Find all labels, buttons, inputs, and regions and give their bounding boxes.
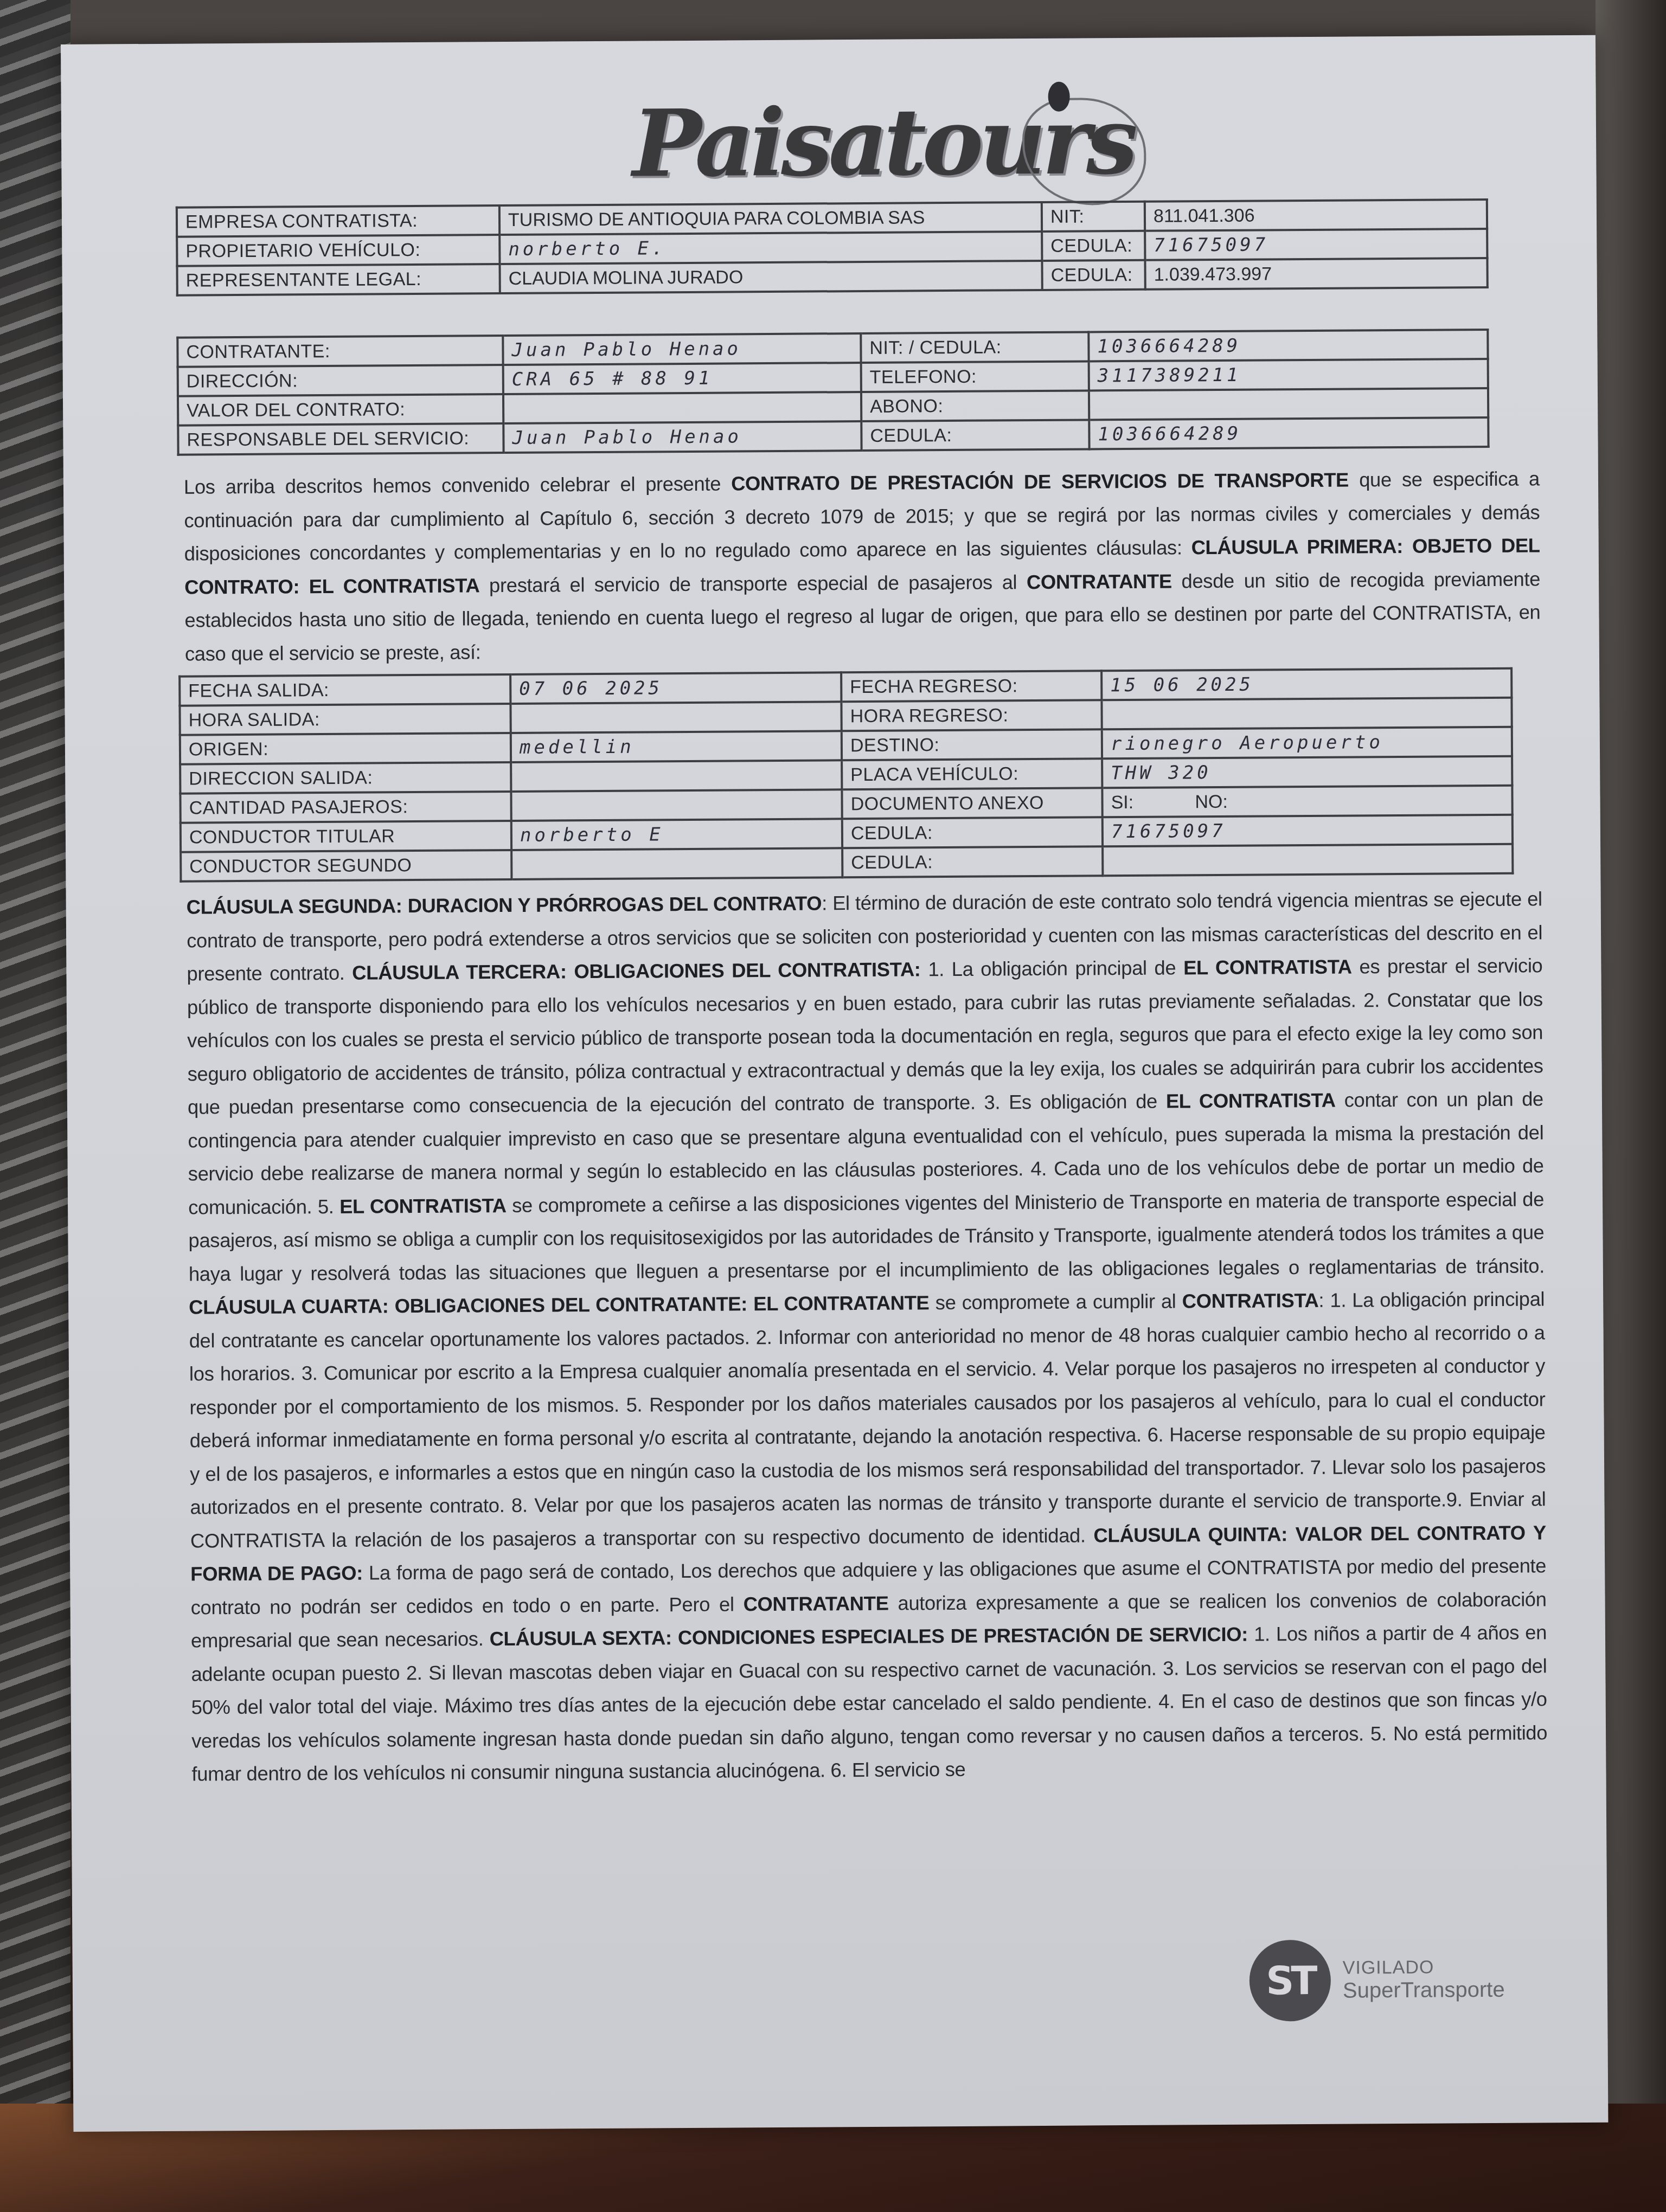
second-driver-label: CONDUCTOR SEGUNDO: [181, 850, 511, 882]
client-value[interactable]: Juan Pablo Henao: [503, 333, 861, 365]
passengers-value[interactable]: [511, 789, 842, 821]
departure-date-label: FECHA SALIDA:: [180, 674, 510, 706]
client-id-label: NIT: / CEDULA:: [861, 332, 1088, 363]
owner-label: PROPIETARIO VEHÍCULO:: [177, 235, 499, 266]
owner-id-label: CEDULA:: [1042, 231, 1145, 261]
departure-time-value[interactable]: [510, 702, 841, 733]
clause-6-title: CLÁUSULA SEXTA: CONDICIONES ESPECIALES D…: [489, 1623, 1248, 1650]
driver-label: CONDUCTOR TITULAR: [181, 821, 511, 852]
nit-label: NIT:: [1042, 202, 1145, 232]
responsible-id-value[interactable]: 1036664289: [1089, 417, 1488, 449]
second-driver-id-label: CEDULA:: [842, 846, 1103, 877]
second-driver-value[interactable]: [511, 848, 842, 879]
departure-date-value[interactable]: 07 06 2025: [510, 672, 841, 704]
passengers-label: CANTIDAD PASAJEROS:: [180, 792, 511, 823]
origin-value[interactable]: medellin: [511, 731, 842, 762]
contract-name: CONTRATO DE PRESTACIÓN DE SERVICIOS DE T…: [731, 469, 1349, 495]
driver-id-label: CEDULA:: [842, 817, 1103, 848]
plate-label: PLACA VEHÍCULO:: [842, 758, 1102, 789]
destination-label: DESTINO:: [842, 729, 1102, 760]
clause-4-title: CLÁUSULA CUARTA: OBLIGACIONES DEL CONTRA…: [189, 1291, 930, 1318]
company-value: TURISMO DE ANTIOQUIA PARA COLOMBIA SAS: [499, 202, 1042, 235]
driver-id-value[interactable]: 71675097: [1103, 815, 1513, 847]
second-driver-id-value[interactable]: [1103, 844, 1513, 876]
return-time-label: HORA REGRESO:: [841, 700, 1101, 731]
nit-value: 811.041.306: [1145, 200, 1487, 231]
departure-address-value[interactable]: [511, 760, 842, 792]
plate-value[interactable]: THW 320: [1102, 756, 1512, 788]
contract-value-label: VALOR DEL CONTRATO:: [178, 394, 503, 426]
departure-address-label: DIRECCION SALIDA:: [180, 762, 511, 794]
legal-rep-value: CLAUDIA MOLINA JURADO: [499, 261, 1042, 293]
st-logo-icon: ST: [1249, 1940, 1331, 2022]
phone-value[interactable]: 3117389211: [1089, 359, 1488, 390]
clause-3-title: CLÁUSULA TERCERA: OBLIGACIONES DEL CONTR…: [352, 958, 921, 983]
annex-yes-no[interactable]: SI: NO:: [1102, 786, 1512, 818]
return-date-value[interactable]: 15 06 2025: [1101, 668, 1511, 700]
stamp-line-2: SuperTransporte: [1343, 1978, 1505, 2003]
clause-2-title: CLÁUSULA SEGUNDA: DURACION Y PRÓRROGAS D…: [187, 892, 822, 918]
contract-page: Paisatours EMPRESA CONTRATISTA: TURISMO …: [61, 35, 1608, 2132]
address-value[interactable]: CRA 65 # 88 91: [503, 363, 861, 394]
company-info-table: EMPRESA CONTRATISTA: TURISMO DE ANTIOQUI…: [176, 198, 1489, 297]
background-rocks: [0, 0, 71, 2212]
return-time-value[interactable]: [1101, 698, 1511, 730]
stamp-line-1: VIGILADO: [1343, 1957, 1505, 1979]
legal-rep-label: REPRESENTANTE LEGAL:: [177, 264, 500, 295]
legal-rep-id-label: CEDULA:: [1042, 260, 1145, 290]
origin-label: ORIGEN:: [180, 733, 511, 764]
company-logo: Paisatours: [598, 76, 1168, 209]
pin-icon: [1048, 82, 1069, 112]
deposit-label: ABONO:: [861, 390, 1089, 421]
owner-value[interactable]: norberto E.: [499, 232, 1042, 264]
owner-id-value[interactable]: 71675097: [1145, 229, 1487, 260]
driver-value[interactable]: norberto E: [511, 819, 842, 850]
contract-value-field[interactable]: [503, 392, 861, 423]
company-label: EMPRESA CONTRATISTA:: [177, 205, 499, 237]
destination-value[interactable]: rionegro Aeropuerto: [1102, 727, 1512, 759]
clauses-text: CLÁUSULA SEGUNDA: DURACION Y PRÓRROGAS D…: [187, 882, 1548, 1791]
annex-label: DOCUMENTO ANEXO: [842, 788, 1102, 819]
deposit-field[interactable]: [1089, 388, 1488, 420]
responsible-label: RESPONSABLE DEL SERVICIO:: [178, 423, 503, 455]
address-label: DIRECCIÓN:: [178, 365, 503, 396]
responsible-value[interactable]: Juan Pablo Henao: [503, 421, 861, 453]
client-label: CONTRATANTE:: [177, 336, 503, 367]
departure-time-label: HORA SALIDA:: [180, 704, 510, 735]
client-id-value[interactable]: 1036664289: [1088, 330, 1488, 361]
supertransporte-seal: ST VIGILADO SuperTransporte: [1249, 1939, 1505, 2022]
trip-details-table: FECHA SALIDA: 07 06 2025 FECHA REGRESO: …: [178, 667, 1514, 883]
return-date-label: FECHA REGRESO:: [841, 671, 1101, 702]
intro-paragraph: Los arriba descritos hemos convenido cel…: [184, 462, 1541, 670]
responsible-id-label: CEDULA:: [861, 420, 1089, 451]
phone-label: TELEFONO:: [861, 361, 1089, 392]
client-info-table: CONTRATANTE: Juan Pablo Henao NIT: / CED…: [176, 329, 1489, 456]
legal-rep-id-value: 1.039.473.997: [1145, 258, 1487, 290]
